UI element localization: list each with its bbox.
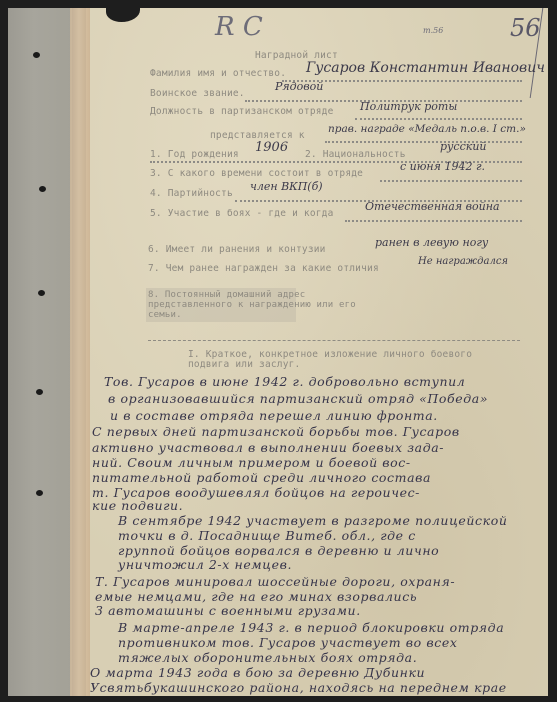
small-note: т.56 (423, 26, 443, 35)
narrative-line: группой бойцов ворвался в деревню и личн… (118, 543, 439, 558)
narrative-line: противником тов. Гусаров участвует во вс… (118, 635, 458, 650)
field-value-wounds: ранен в левую ногу (375, 236, 488, 249)
narrative-line: ний. Своим личным примером и боевой вос- (92, 455, 411, 470)
field-value-battles: Отечественная война (365, 200, 500, 213)
field-label-address: 8. Постоянный домашний адрес представлен… (148, 290, 378, 320)
section-divider (148, 340, 520, 341)
binding-tape (70, 8, 90, 696)
punch-hole (36, 389, 43, 395)
section-title-line2: подвига или заслуг. (188, 359, 300, 370)
narrative-line: питательной работой среди личного состав… (92, 470, 431, 485)
field-value-rank: Рядовой (275, 80, 323, 93)
field-label-position: Должность в партизанском отряде (150, 106, 334, 117)
dotted-line (325, 141, 522, 143)
punch-hole (36, 490, 43, 496)
punch-hole (39, 186, 46, 192)
field-label-battles: 5. Участие в боях - где и когда (150, 208, 334, 219)
narrative-line: С первых дней партизанской борьбы тов. Г… (92, 424, 460, 439)
narrative-line: емые немцами, где на его минах взорвалис… (95, 589, 417, 604)
narrative-line: и в составе отряда перешел линию фронта. (110, 408, 438, 423)
field-value-nationality: русский (440, 140, 486, 153)
field-label-name: Фамилия имя и отчество. (150, 68, 286, 79)
narrative-line: тяжелых оборонительных боях отряда. (118, 650, 417, 665)
narrative-line: Т. Гусаров минировал шоссейные дороги, о… (95, 574, 455, 589)
narrative-line: кие подвиги. (92, 498, 183, 513)
punch-hole (38, 290, 45, 296)
field-label-rank: Воинское звание. (150, 88, 245, 99)
archive-backing-strip (8, 8, 72, 696)
field-label-previous-awards: 7. Чем ранее награжден за какие отличия (148, 263, 379, 274)
narrative-line: 3 автомашины с военными грузами. (95, 603, 361, 618)
narrative-line: точки в д. Посаднище Витеб. обл., где с (118, 528, 416, 543)
narrative-line: В марте-апреле 1943 г. в период блокиров… (118, 620, 504, 635)
document-scan: R C т.56 56 Наградной лист Фамилия имя и… (0, 0, 557, 702)
narrative-line: в организовавшийся партизанский отряд «П… (108, 391, 488, 406)
field-label-birth-year: 1. Год рождения (150, 149, 239, 160)
narrative-line: активно участвовал в выполнении боевых з… (92, 440, 444, 455)
field-value-previous-awards: Не награждался (418, 256, 508, 267)
narrative-line: О марта 1943 года в бою за деревню Дубин… (90, 665, 425, 680)
field-label-since: 3. С какого времени состоит в отряде (150, 168, 363, 179)
dotted-line (345, 220, 522, 222)
pencil-mark: R C (215, 12, 263, 42)
field-label-nationality: 2. Национальность (305, 149, 406, 160)
narrative-line: Усвятьбукашинского района, находясь на п… (90, 680, 507, 695)
field-value-name: Гусаров Константин Иванович (306, 60, 545, 76)
field-value-since: с июня 1942 г. (400, 160, 485, 173)
field-value-position: Политрук роты (360, 100, 457, 113)
field-label-party: 4. Партийность (150, 188, 233, 199)
dotted-line (380, 180, 522, 182)
field-value-party: член ВКП(б) (250, 180, 323, 193)
field-label-wounds: 6. Имеет ли ранения и контузии (148, 244, 326, 255)
narrative-line: уничтожил 2-х немцев. (118, 557, 292, 572)
dotted-line (355, 118, 522, 120)
narrative-line: В сентябре 1942 участвует в разгроме пол… (118, 513, 508, 528)
punch-hole (33, 52, 40, 58)
field-value-nominated: прав. награде «Медаль п.о.в. I ст.» (328, 123, 526, 135)
field-value-birth-year: 1906 (255, 140, 288, 155)
narrative-line: Тов. Гусаров в июне 1942 г. добровольно … (104, 374, 465, 389)
